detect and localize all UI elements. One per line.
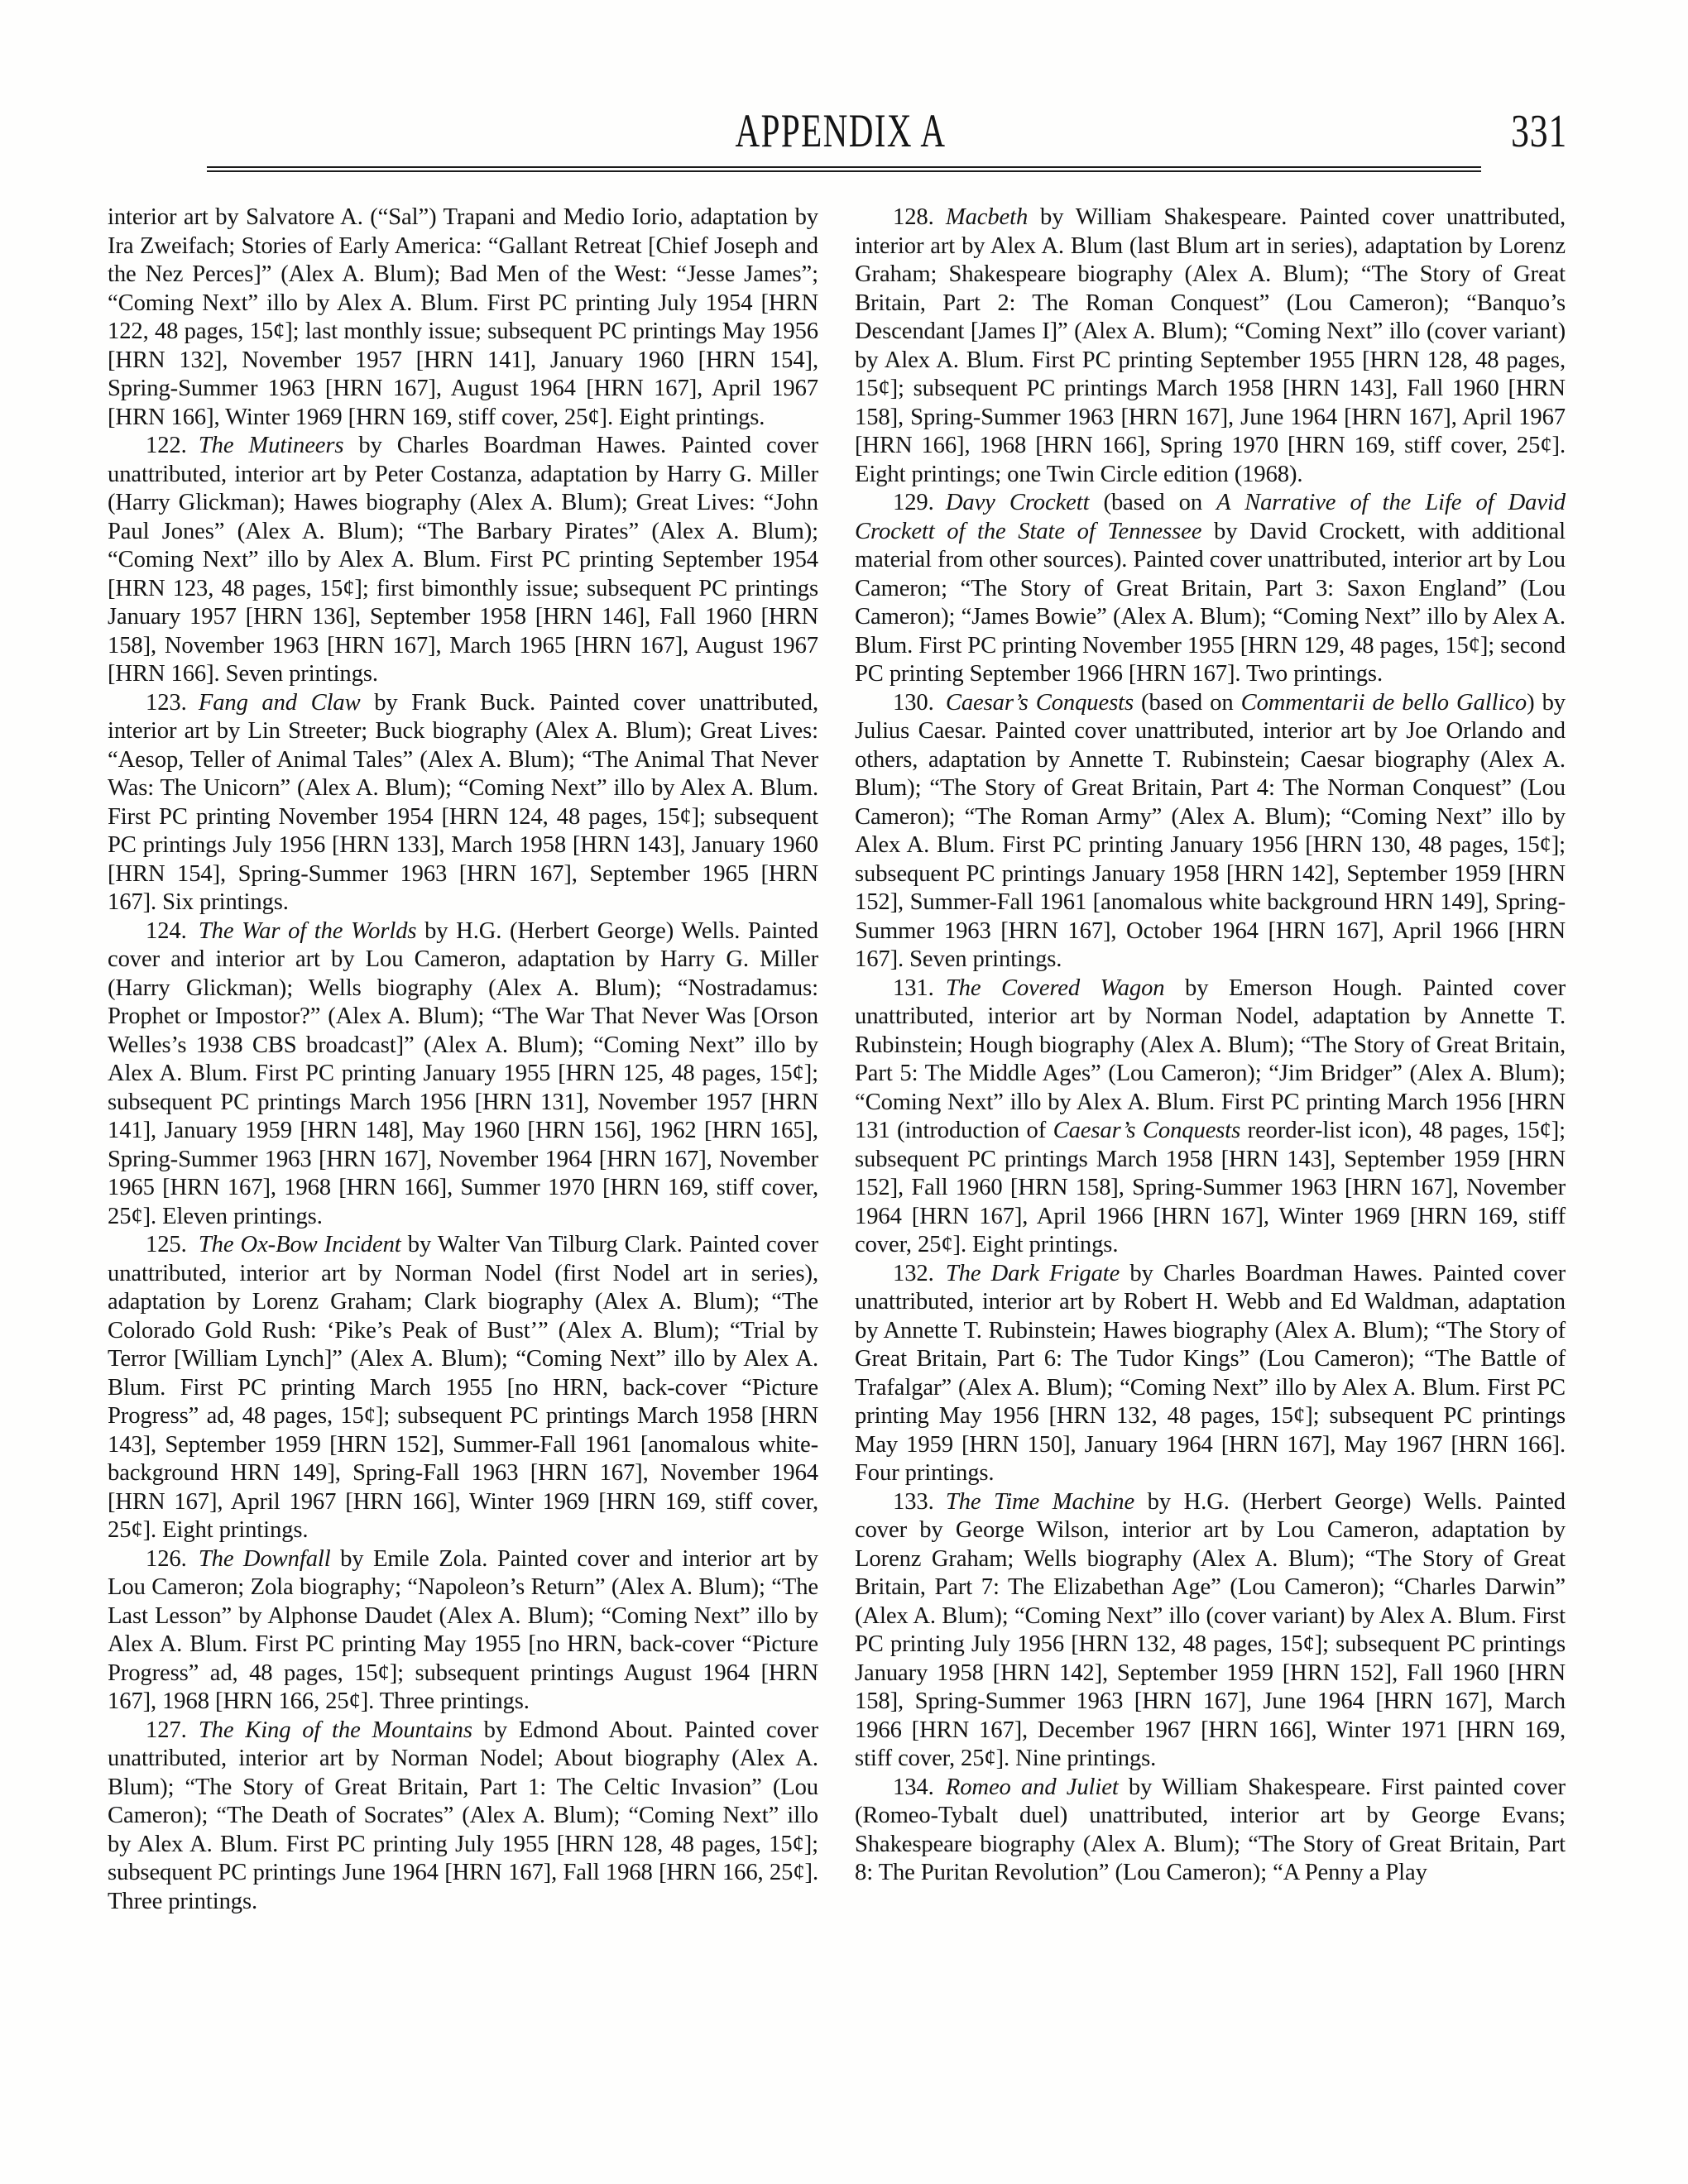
text-run: by H.G. (Herbert George) Wells. Painted … bbox=[855, 1489, 1566, 1772]
italic-text-run: Caesar’s Conquests bbox=[946, 690, 1134, 716]
column-left: interior art by Salvatore A. (“Sal”) Tra… bbox=[108, 204, 818, 1916]
text-run: 125. bbox=[146, 1232, 199, 1257]
text-columns: interior art by Salvatore A. (“Sal”) Tra… bbox=[108, 204, 1566, 1916]
italic-text-run: Fang and Claw bbox=[199, 690, 361, 716]
text-run: 126. bbox=[146, 1546, 199, 1572]
text-run: by Charles Boardman Hawes. Painted cover… bbox=[108, 433, 818, 687]
entry-paragraph: 127. The King of the Mountains by Edmond… bbox=[108, 1717, 818, 1917]
entry-paragraph: 126. The Downfall by Emile Zola. Painted… bbox=[108, 1545, 818, 1717]
page-title: APPENDIX A bbox=[319, 108, 1362, 155]
italic-text-run: The Covered Wagon bbox=[946, 975, 1165, 1001]
italic-text-run: Davy Crockett bbox=[946, 490, 1090, 515]
text-run: ) by Julius Caesar. Painted cover unattr… bbox=[855, 690, 1566, 973]
text-run: by William Shakespeare. Painted cover un… bbox=[855, 204, 1566, 487]
page-number: 331 bbox=[1511, 108, 1567, 155]
italic-text-run: The War of the Worlds bbox=[199, 918, 417, 944]
italic-text-run: The King of the Mountains bbox=[199, 1717, 472, 1743]
text-run: by H.G. (Herbert George) Wells. Painted … bbox=[108, 918, 818, 1229]
entry-paragraph: 122. The Mutineers by Charles Boardman H… bbox=[108, 432, 818, 689]
italic-text-run: Caesar’s Conquests bbox=[1053, 1118, 1241, 1143]
entry-paragraph: 133. The Time Machine by H.G. (Herbert G… bbox=[855, 1488, 1566, 1774]
text-run: 124. bbox=[146, 918, 199, 944]
italic-text-run: The Downfall bbox=[199, 1546, 331, 1572]
entry-paragraph: 123. Fang and Claw by Frank Buck. Painte… bbox=[108, 689, 818, 917]
entry-paragraph: 134. Romeo and Juliet by William Shakesp… bbox=[855, 1774, 1566, 1888]
text-run: by Frank Buck. Painted cover unattribute… bbox=[108, 690, 818, 916]
text-run: (based on bbox=[1089, 490, 1216, 515]
text-run: interior art by Salvatore A. (“Sal”) Tra… bbox=[108, 204, 818, 430]
entry-paragraph: 130. Caesar’s Conquests (based on Commen… bbox=[855, 689, 1566, 975]
italic-text-run: The Time Machine bbox=[946, 1489, 1134, 1515]
text-run: 130. bbox=[893, 690, 946, 716]
text-run: 129. bbox=[893, 490, 946, 515]
entry-paragraph: 128. Macbeth by William Shakespeare. Pai… bbox=[855, 204, 1566, 489]
text-run: by Edmond About. Painted cover unattribu… bbox=[108, 1717, 818, 1914]
text-run: 122. bbox=[146, 433, 199, 458]
italic-text-run: The Dark Frigate bbox=[946, 1261, 1120, 1286]
entry-paragraph: 125. The Ox-Bow Incident by Walter Van T… bbox=[108, 1231, 818, 1545]
text-run: 131. bbox=[893, 975, 946, 1001]
continuation-paragraph: interior art by Salvatore A. (“Sal”) Tra… bbox=[108, 204, 818, 432]
italic-text-run: Romeo and Juliet bbox=[946, 1774, 1119, 1800]
entry-paragraph: 132. The Dark Frigate by Charles Boardma… bbox=[855, 1260, 1566, 1488]
entry-paragraph: 131. The Covered Wagon by Emerson Hough.… bbox=[855, 975, 1566, 1260]
italic-text-run: The Ox-Bow Incident bbox=[199, 1232, 401, 1257]
header-divider-rule bbox=[207, 166, 1481, 172]
text-run: 133. bbox=[893, 1489, 946, 1515]
entry-paragraph: 124. The War of the Worlds by H.G. (Herb… bbox=[108, 917, 818, 1232]
entry-paragraph: 129. Davy Crockett (based on A Narrative… bbox=[855, 489, 1566, 689]
column-right: 128. Macbeth by William Shakespeare. Pai… bbox=[855, 204, 1566, 1916]
text-run: by Walter Van Tilburg Clark. Painted cov… bbox=[108, 1232, 818, 1543]
text-run: by Charles Boardman Hawes. Painted cover… bbox=[855, 1261, 1566, 1487]
italic-text-run: Macbeth bbox=[946, 204, 1028, 230]
text-run: 132. bbox=[893, 1261, 946, 1286]
italic-text-run: The Mutineers bbox=[199, 433, 344, 458]
italic-text-run: Commentarii de bello Gallico bbox=[1241, 690, 1527, 716]
text-run: 134. bbox=[893, 1774, 946, 1800]
book-page: APPENDIX A 331 interior art by Salvatore… bbox=[0, 0, 1688, 2184]
text-run: 128. bbox=[893, 204, 946, 230]
text-run: 123. bbox=[146, 690, 199, 716]
text-run: 127. bbox=[146, 1717, 199, 1743]
text-run: (based on bbox=[1134, 690, 1241, 716]
